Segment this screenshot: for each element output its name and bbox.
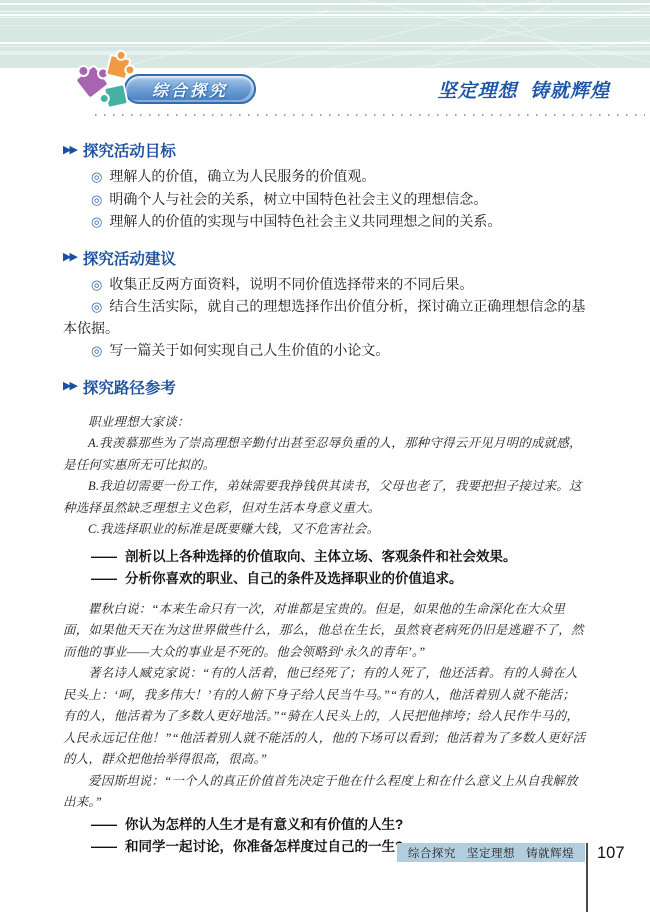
question-text: 和同学一起讨论，你准备怎样度过自己的一生?	[125, 839, 403, 854]
double-arrow-icon: ▶▶	[63, 379, 76, 392]
dotted-divider	[95, 114, 645, 116]
goal-item: ◎理解人的价值，确立为人民服务的价值观。	[63, 166, 587, 189]
career-talk-intro: 职业理想大家谈：	[63, 412, 587, 434]
quote-qu-qiubai: 瞿秋白说：“本来生命只有一次，对谁都是宝贵的。但是，如果他的生命深化在大众里面，…	[63, 599, 587, 664]
circle-bullet-icon: ◎	[91, 343, 102, 358]
suggestion-item-text: 写一篇关于如何实现自己人生价值的小论文。	[109, 344, 389, 359]
section-suggestions-heading: ▶▶ 探究活动建议	[63, 247, 587, 269]
career-option-a: A.我羡慕那些为了崇高理想辛勤付出甚至忍辱负重的人，那种守得云开见月明的成就感，…	[63, 433, 587, 476]
goal-item-text: 理解人的价值的实现与中国特色社会主义共同理想之间的关系。	[109, 215, 501, 230]
section-badge: 综合探究	[124, 74, 256, 104]
suggestion-item-text: 收集正反两方面资料，说明不同价值选择带来的不同后果。	[109, 278, 473, 293]
circle-bullet-icon: ◎	[91, 277, 102, 292]
career-option-c: C.我选择职业的标准是既要赚大钱，又不危害社会。	[63, 519, 587, 541]
puzzle-pieces-icon	[68, 50, 142, 116]
task-item: ——分析你喜欢的职业、自己的条件及选择职业的价值追求。	[63, 568, 587, 590]
footer-breadcrumb: 综合探究 坚定理想 铸就辉煌	[408, 845, 574, 861]
page-number: 107	[597, 844, 625, 863]
section-suggestions: ▶▶ 探究活动建议 ◎收集正反两方面资料，说明不同价值选择带来的不同后果。 ◎结…	[63, 247, 587, 363]
section-goals: ▶▶ 探究活动目标 ◎理解人的价值，确立为人民服务的价值观。 ◎明确个人与社会的…	[63, 139, 587, 234]
section-goals-title: 探究活动目标	[83, 139, 176, 161]
career-option-b: B.我迫切需要一份工作，弟妹需要我挣钱供其读书，父母也老了，我要把担子接过来。这…	[63, 476, 587, 519]
quote-zang-kejia: 著名诗人臧克家说：“有的人活着，他已经死了；有的人死了，他还活着。有的人骑在人民…	[63, 663, 587, 771]
section-path-reference: ▶▶ 探究路径参考 职业理想大家谈： A.我羡慕那些为了崇高理想辛勤付出甚至忍辱…	[63, 376, 587, 858]
circle-bullet-icon: ◎	[91, 299, 102, 314]
circle-bullet-icon: ◎	[91, 169, 102, 184]
dash-icon: ——	[91, 571, 116, 586]
quote-einstein: 爱因斯坦说：“一个人的真正价值首先决定于他在什么程度上和在什么意义上从自我解放出…	[63, 771, 587, 814]
suggestion-item: ◎写一篇关于如何实现自己人生价值的小论文。	[63, 340, 587, 363]
double-arrow-icon: ▶▶	[63, 250, 76, 263]
footer-vertical-rule	[586, 843, 588, 912]
dash-icon: ——	[91, 839, 116, 854]
section-badge-label: 综合探究	[152, 78, 228, 101]
suggestion-item: ◎收集正反两方面资料，说明不同价值选择带来的不同后果。	[63, 274, 587, 297]
goal-item-text: 理解人的价值，确立为人民服务的价值观。	[109, 170, 375, 185]
dash-icon: ——	[91, 817, 116, 832]
section-path-title: 探究路径参考	[83, 376, 176, 398]
circle-bullet-icon: ◎	[91, 214, 102, 229]
dash-icon: ——	[91, 549, 116, 564]
task-text: 剖析以上各种选择的价值取向、主体立场、客观条件和社会效果。	[125, 549, 517, 564]
goal-item-text: 明确个人与社会的关系，树立中国特色社会主义的理想信念。	[109, 193, 487, 208]
section-goals-heading: ▶▶ 探究活动目标	[63, 139, 587, 161]
goal-item: ◎明确个人与社会的关系，树立中国特色社会主义的理想信念。	[63, 189, 587, 212]
goal-item: ◎理解人的价值的实现与中国特色社会主义共同理想之间的关系。	[63, 211, 587, 234]
task-text: 分析你喜欢的职业、自己的条件及选择职业的价值追求。	[125, 571, 463, 586]
suggestion-item: ◎结合生活实际，就自己的理想选择作出价值分析，探讨确立正确理想信念的基本依据。	[63, 296, 587, 340]
double-arrow-icon: ▶▶	[63, 143, 76, 156]
footer-breadcrumb-bar: 综合探究 坚定理想 铸就辉煌	[397, 843, 585, 862]
task-item: ——剖析以上各种选择的价值取向、主体立场、客观条件和社会效果。	[63, 546, 587, 568]
section-path-heading: ▶▶ 探究路径参考	[63, 376, 587, 398]
suggestion-item-text: 结合生活实际，就自己的理想选择作出价值分析，探讨确立正确理想信念的基本依据。	[63, 300, 585, 337]
section-suggestions-title: 探究活动建议	[83, 247, 176, 269]
page-content: ▶▶ 探究活动目标 ◎理解人的价值，确立为人民服务的价值观。 ◎明确个人与社会的…	[63, 139, 587, 858]
textbook-page: 综合探究 坚定理想 铸就辉煌 ▶▶ 探究活动目标 ◎理解人的价值，确立为人民服务…	[0, 0, 650, 912]
circle-bullet-icon: ◎	[91, 192, 102, 207]
unit-title: 坚定理想 铸就辉煌	[437, 76, 610, 103]
discussion-question: ——你认为怎样的人生才是有意义和有价值的人生?	[63, 814, 587, 836]
question-text: 你认为怎样的人生才是有意义和有价值的人生?	[125, 817, 403, 832]
